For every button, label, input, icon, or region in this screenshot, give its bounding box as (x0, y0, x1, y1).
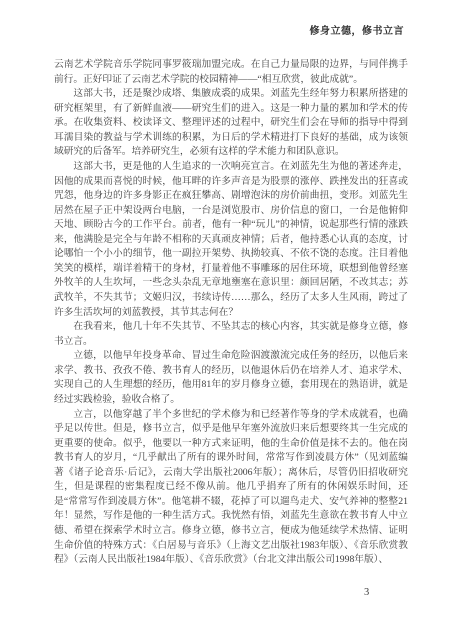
body-paragraph: 云南艺术学院音乐学院同事罗筱瑞加盟完成。在自己力量局限的边界，与同伴携手前行。正… (54, 58, 408, 87)
body-paragraph: 这部大书，还是聚沙成塔、集腋成裘的成果。刘蓝先生经年努力积累所搭建的研究框架里，… (54, 87, 408, 160)
body-paragraph: 立言，以他穿越了半个多世纪的学术修为和已经著作等身的学术成就看，也确乎足以传世。… (54, 408, 408, 568)
document-page: 修身立德，修书立言 云南艺术学院音乐学院同事罗筱瑞加盟完成。在自己力量局限的边界… (0, 0, 450, 629)
page-number: 3 (364, 587, 369, 598)
body-paragraph: 这部大书，更是他的人生追求的一次响亮宣言。在刘蓝先生为他的著述奔走，因他的成果而… (54, 160, 408, 320)
body-paragraph: 在我看来，他几十年不失其节、不坠其志的核心内容，其实就是修身立德，修书立言。 (54, 320, 408, 349)
body-text: 云南艺术学院音乐学院同事罗筱瑞加盟完成。在自己力量局限的边界，与同伴携手前行。正… (54, 58, 408, 568)
running-header: 修身立德，修书立言 (310, 22, 405, 37)
body-paragraph: 立德，以他早年投身革命、冒过生命危险泅渡激流完成任务的经历，以他后来求学、教书、… (54, 349, 408, 407)
